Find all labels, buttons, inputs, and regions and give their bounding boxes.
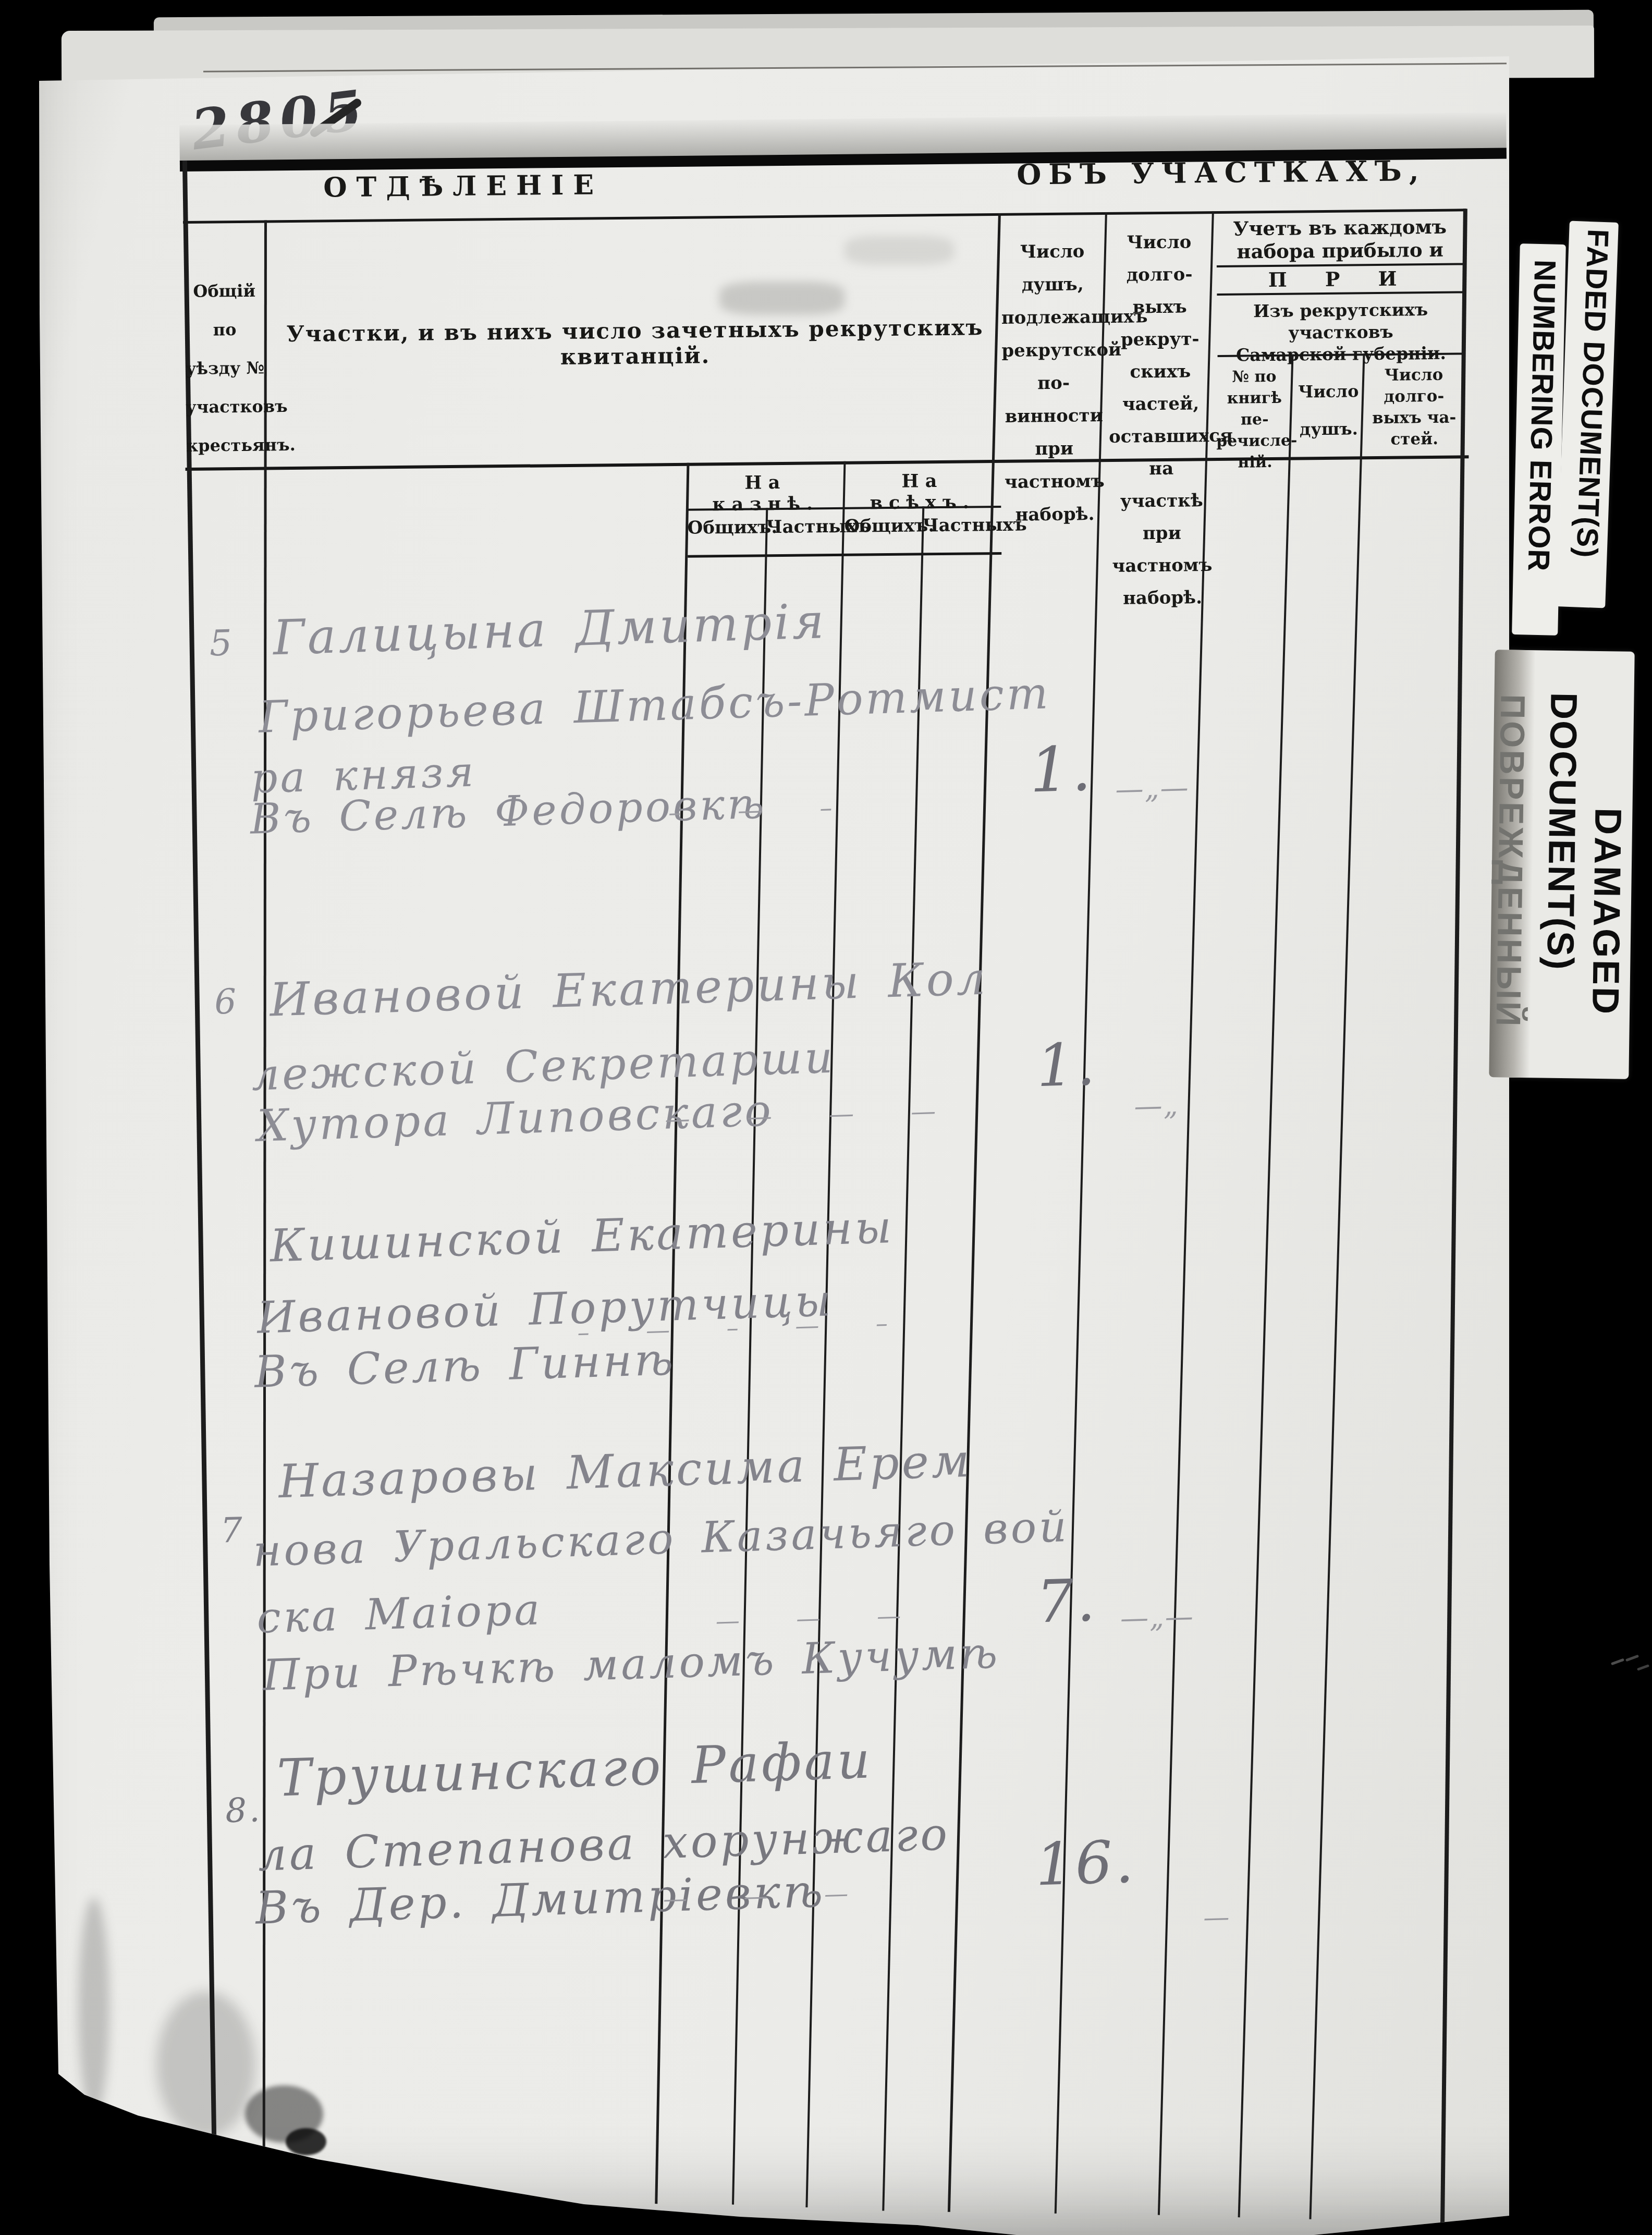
entry-text-line: нова Уральскаго Казачьяго вой [252, 1502, 1070, 1577]
edge-mark [1637, 1664, 1649, 1671]
grid-line [1238, 355, 1294, 2218]
group-header-account: Учетъ въ каждомъ набора прибыло и [1215, 215, 1465, 263]
entry-dash-marks: — — — [663, 1879, 850, 1913]
edge-mark [1611, 1658, 1624, 1666]
scanned-archive-document: 2805 20 ОТДѢЛЕНІЕ ОБЪ УЧАСТКАХЪ, [0, 0, 1652, 2235]
column-header-debt: Число долго- выхъ рекрут- скихъ частей, … [1107, 226, 1215, 615]
entry-dash-marks: – — – [668, 793, 834, 827]
grid-line [1309, 353, 1365, 2219]
document-page: 2805 20 ОТДѢЛЕНІЕ ОБЪ УЧАСТКАХЪ, [0, 0, 1652, 2235]
entry-souls-value: 1. [1036, 1031, 1099, 1101]
entry-text-line: Трушинскаго Рафаи [276, 1731, 874, 1809]
entry-text-line: Григорьева Штабсъ-Ротмист [258, 667, 1051, 742]
table-grid: ОТДѢЛЕНІЕ ОБЪ УЧАСТКАХЪ, Общій [0, 0, 1652, 2235]
grid-line [732, 508, 768, 2204]
sticker-damaged-label-line1: DAMAGED [1584, 808, 1630, 1017]
entry-text-line: ла Степанова хорунжаго [258, 1808, 951, 1881]
entry-text-line: Галицына Дмитрія [272, 593, 827, 666]
entry-text-line: Ивановой Екатерины Кол [269, 951, 989, 1027]
entry-row-number: 6 [214, 981, 239, 1022]
section-title-left: ОТДѢЛЕНІЕ [323, 169, 603, 203]
entry-debt-value: —„ [1133, 1089, 1179, 1123]
grid-line [948, 213, 1001, 2212]
subcolumn-debt-parts: Число долго- выхъ ча- стей. [1364, 364, 1464, 450]
grid-line [1217, 291, 1464, 296]
entry-debt-value: — [1203, 1902, 1231, 1933]
entry-souls-value: 7. [1036, 1567, 1099, 1636]
subheader-vsekh: На всѣхъ. [844, 470, 1001, 514]
column-header-uezd: Общій по уѣзду № участковъ крестьянъ. [185, 272, 266, 465]
sticker-numbering-error: NUMBERING ERROR [1512, 243, 1566, 636]
sticker-numbering-label: NUMBERING ERROR [1521, 259, 1563, 572]
grid-line [1440, 209, 1467, 2222]
entry-dash-marks: — — — [715, 1601, 902, 1635]
entry-text-line: ска Маіора [256, 1585, 543, 1643]
entry-row-number: 8. [225, 1791, 263, 1830]
sticker-damaged-label-russian: ПОВРЕЖДЕННЫЙ [1489, 694, 1533, 1029]
grid-line [882, 506, 924, 2210]
entry-debt-value: —„— [1115, 771, 1190, 806]
subcolumn-souls: Число душъ. [1293, 372, 1364, 448]
entry-souls-value: 1. [1029, 732, 1095, 807]
subheader-kazna: На казнѣ. [687, 471, 845, 516]
entry-row-number: 7 [220, 1510, 246, 1550]
sticker-damaged-document: DAMAGED DOCUMENT(S) ПОВРЕЖДЕННЫЙ [1489, 650, 1634, 1079]
subheader-chastnykh-1: Частныхъ [766, 516, 844, 538]
entry-text-line: Назаровы Максима Ерем [278, 1434, 973, 1509]
entry-souls-value: 16. [1034, 1828, 1137, 1899]
group-header-pri: П Р И [1216, 266, 1465, 292]
entry-row-number: 5 [209, 622, 236, 664]
subheader-chastnykh-2: Частныхъ [922, 515, 1001, 536]
column-header-uchastki: Участки, и въ нихъ число зачетныхъ рекру… [283, 314, 987, 372]
subcolumn-book-number: № по книгѣ пе- речисле- ній. [1216, 366, 1294, 473]
column-header-souls: Число душъ, подлежащихъ рекрутской по- в… [1000, 235, 1106, 532]
edge-mark [1625, 1655, 1639, 1662]
entry-text-line: Кишинской Екатерины [269, 1201, 895, 1273]
sticker-faded-label: FADED DOCUMENT(S) [1569, 228, 1615, 558]
section-title-right: ОБЪ УЧАСТКАХЪ, [1017, 154, 1426, 191]
grid-line [688, 552, 1001, 558]
group-header-samara: Изъ рекрутскихъ участковъ Самарской губе… [1216, 298, 1466, 367]
sticker-faded-document: FADED DOCUMENT(S) [1556, 221, 1619, 608]
subheader-obshchikh-2: Общихъ. [844, 515, 922, 536]
entry-debt-value: —„— [1120, 1600, 1195, 1635]
sticker-damaged-label-line2: DOCUMENT(S) [1538, 692, 1585, 971]
subheader-obshchikh-1: Общихъ. [688, 517, 766, 538]
